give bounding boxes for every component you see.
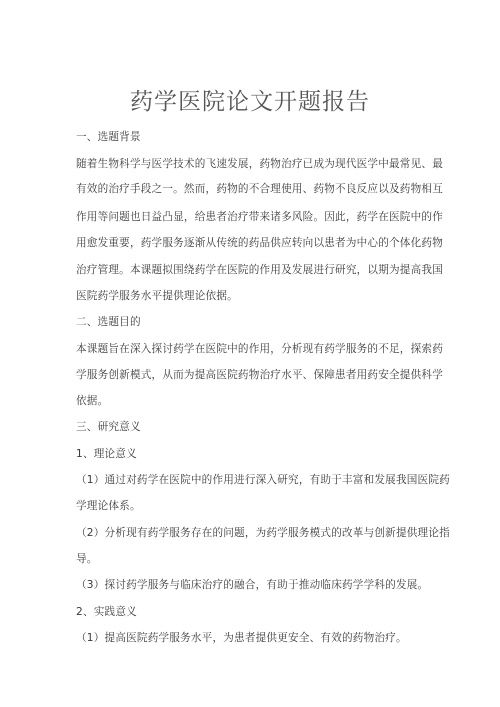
paragraph-line: 治疗管理。本课题拟围绕药学在医院的作用及发展进行研究，以期为提高我国 [76,262,443,277]
paragraph-line: 有效的治疗手段之一。然而，药物的不合理使用、药物不良反应以及药物相互 [76,181,443,196]
section-heading: 1、理论意义 [76,446,137,461]
paragraph-line: 用愈发重要，药学服务逐渐从传统的药品供应转向以患者为中心的个体化药物 [76,235,443,250]
paragraph-line: 依据。 [76,393,108,408]
paragraph-line: 导。 [76,551,98,566]
section-heading: 三、研究意义 [76,419,141,434]
paragraph-line: 作用等问题也日益凸显，给患者治疗带来诸多风险。因此，药学在医院中的作 [76,209,443,224]
paragraph-line: （1）提高医院药学服务水平，为患者提供更安全、有效的药物治疗。 [76,630,407,645]
paragraph-line: （1）通过对药学在医院中的作用进行深入研究，有助于丰富和发展我国医院药 [76,472,450,487]
paragraph-line: 学理论体系。 [76,498,141,513]
section-heading: 2、实践意义 [76,604,137,619]
section-heading: 一、选题背景 [76,129,141,144]
document-page: 药学医院论文开题报告 一、选题背景随着生物科学与医学技术的飞速发展，药物治疗已成… [0,0,500,707]
document-title: 药学医院论文开题报告 [0,83,500,116]
section-heading: 二、选题目的 [76,314,141,329]
paragraph-line: （3）探讨药学服务与临床治疗的融合，有助于推动临床药学学科的发展。 [76,577,428,592]
paragraph-line: 学服务创新模式，从而为提高医院药物治疗水平、保障患者用药安全提供科学 [76,367,443,382]
paragraph-line: 本课题旨在深入探讨药学在医院中的作用，分析现有药学服务的不足，探索药 [76,341,443,356]
paragraph-line: （2）分析现有药学服务存在的问题，为药学服务模式的改革与创新提供理论指 [76,525,450,540]
paragraph-line: 随着生物科学与医学技术的飞速发展，药物治疗已成为现代医学中最常见、最 [76,156,443,171]
paragraph-line: 医院药学服务水平提供理论依据。 [76,288,238,303]
